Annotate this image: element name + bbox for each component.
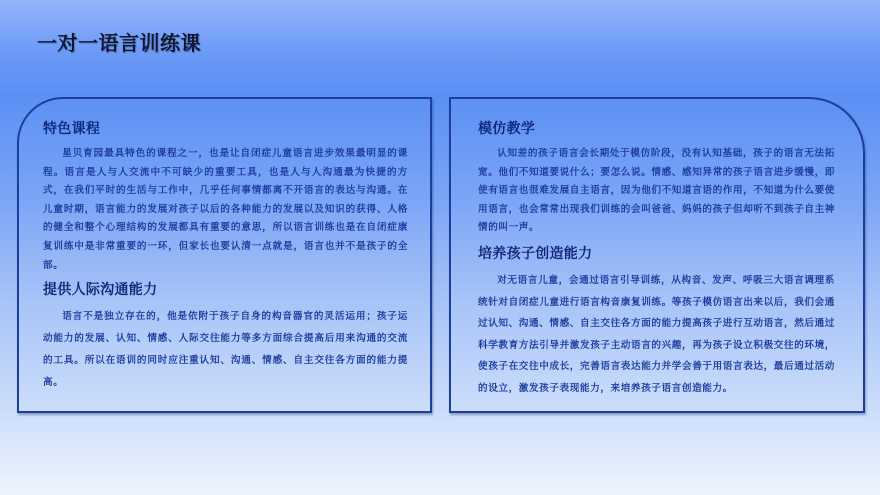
body-creativity-training: 对无语言儿童，会通过语言引导训练，从构音、发声、呼吸三大语言调理系统针对自闭症儿… (478, 270, 835, 400)
body-imitation-teaching: 认知差的孩子语言会长期处于模仿阶段，没有认知基础，孩子的语言无法拓宽。他们不知道… (478, 145, 835, 238)
heading-featured-course: 特色课程 (43, 119, 408, 139)
heading-creativity-training: 培养孩子创造能力 (478, 244, 835, 264)
heading-imitation-teaching: 模仿教学 (478, 119, 835, 139)
body-interpersonal-communication: 语言不是独立存在的，他是依附于孩子自身的构音器官的灵活运用；孩子运动能力的发展、… (43, 306, 408, 394)
panel-right: 模仿教学 认知差的孩子语言会长期处于模仿阶段，没有认知基础，孩子的语言无法拓宽。… (449, 97, 865, 413)
panel-left: 特色课程 星贝育园最具特色的课程之一，也是让自闭症儿童语言进步效果最明显的课程。… (17, 97, 432, 413)
slide-title: 一对一语言训练课 (37, 27, 201, 56)
body-featured-course: 星贝育园最具特色的课程之一，也是让自闭症儿童语言进步效果最明显的课程。语言是人与… (43, 145, 408, 275)
heading-interpersonal-communication: 提供人际沟通能力 (43, 280, 408, 300)
